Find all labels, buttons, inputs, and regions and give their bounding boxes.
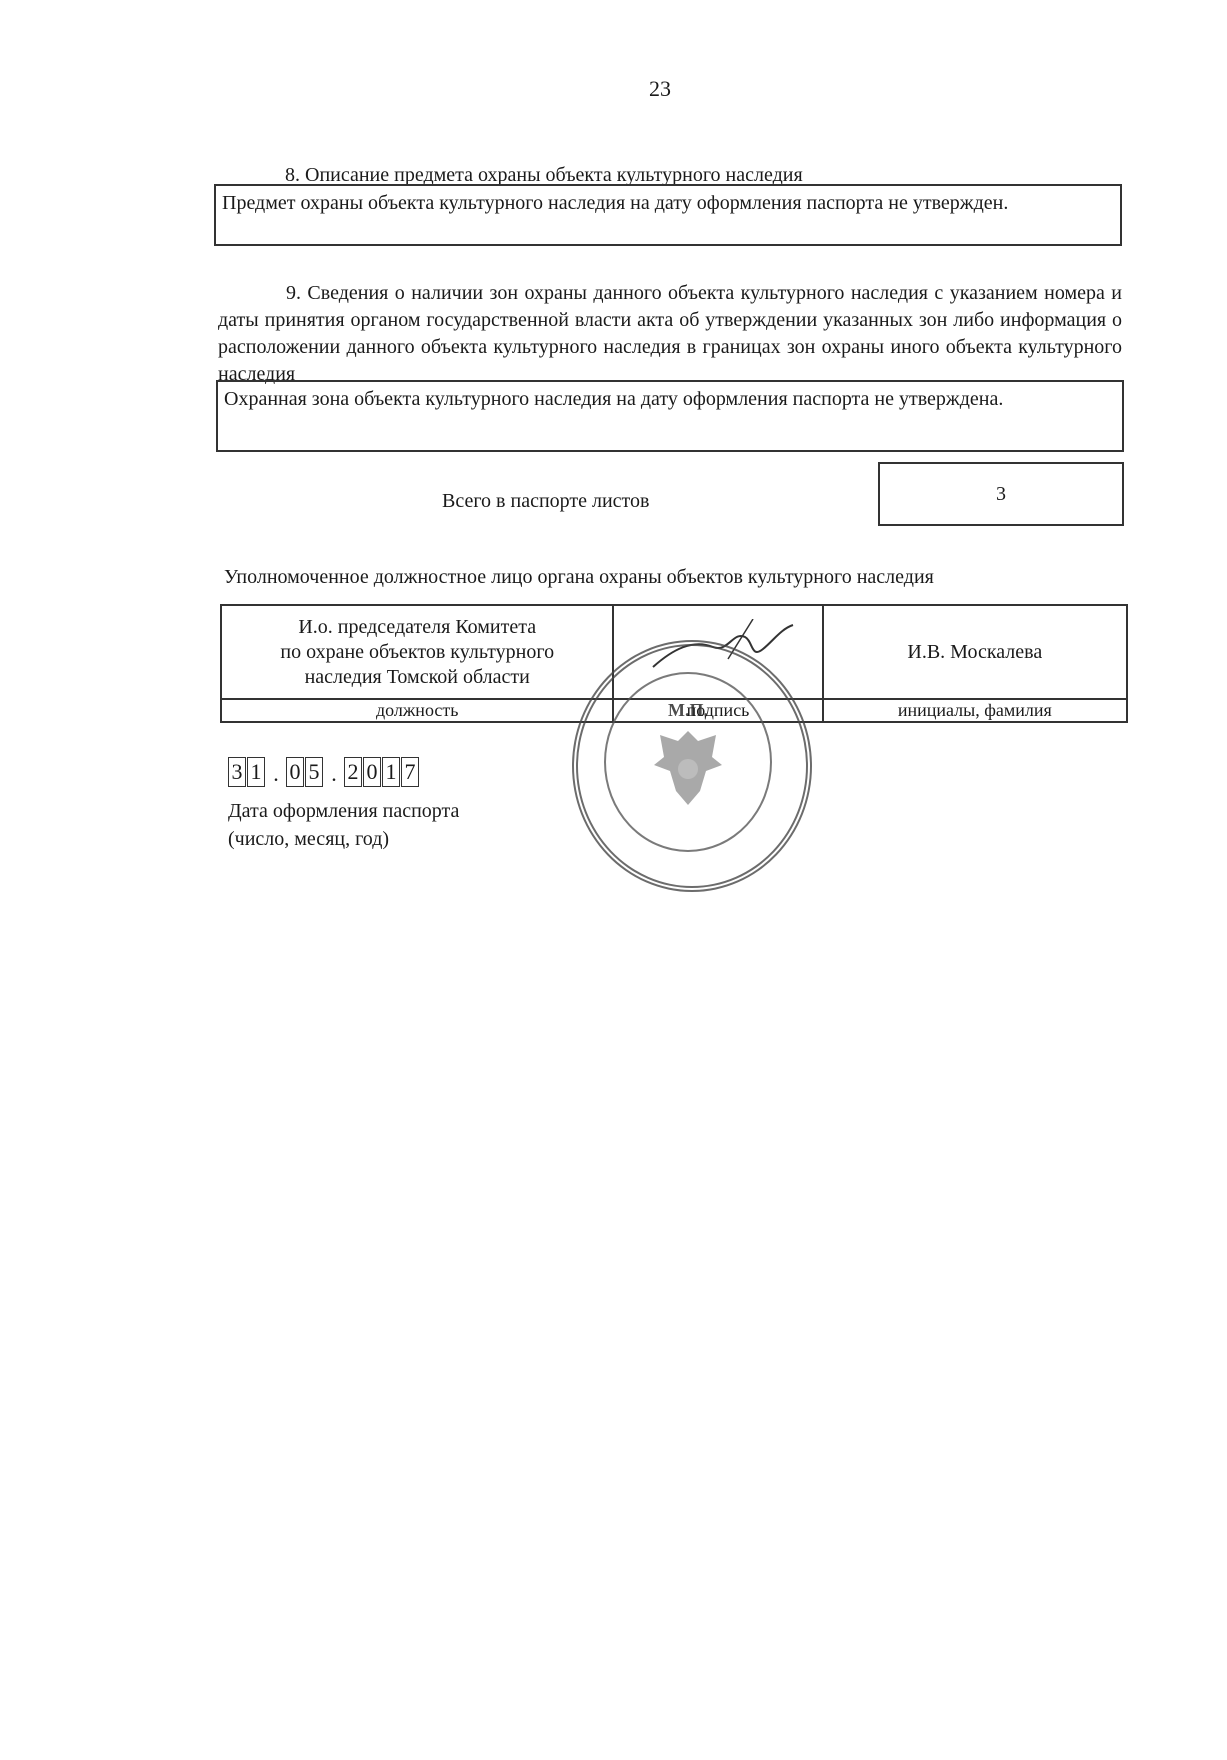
position-line: наследия Томской области [226, 665, 608, 690]
date-digit: 0 [363, 757, 381, 787]
date-digit: 1 [382, 757, 400, 787]
date-caption-line1: Дата оформления паспорта [228, 797, 459, 825]
date-digit: 2 [344, 757, 362, 787]
position-line: И.о. председателя Комитета [226, 615, 608, 640]
official-stamp: М.П. [572, 640, 812, 892]
sheets-count: 3 [996, 483, 1006, 506]
name-cell: И.В. Москалева [823, 605, 1127, 699]
name-caption: инициалы, фамилия [823, 699, 1127, 722]
page-number: 23 [0, 76, 1227, 102]
coat-of-arms-icon [648, 721, 728, 811]
stamp-label: М.П. [668, 700, 708, 721]
section-9-box: Охранная зона объекта культурного наслед… [216, 380, 1124, 452]
sheets-label: Всего в паспорте листов [442, 490, 649, 513]
authorized-person-heading: Уполномоченное должностное лицо органа о… [224, 566, 934, 589]
position-line: по охране объектов культурного [226, 640, 608, 665]
date-caption: Дата оформления паспорта (число, месяц, … [228, 797, 459, 853]
date-digit: 7 [401, 757, 419, 787]
date-digit: 1 [247, 757, 265, 787]
date-separator: . [324, 761, 344, 787]
date-year: 2 0 1 7 [344, 757, 420, 787]
position-cell: И.о. председателя Комитета по охране объ… [221, 605, 613, 699]
section-9-heading: 9. Сведения о наличии зон охраны данного… [218, 280, 1122, 388]
date-digit: 5 [305, 757, 323, 787]
date-digit: 3 [228, 757, 246, 787]
date-caption-line2: (число, месяц, год) [228, 825, 459, 853]
sheets-count-box: 3 [878, 462, 1124, 526]
date-day: 3 1 [228, 757, 266, 787]
date-month: 0 5 [286, 757, 324, 787]
position-caption: должность [221, 699, 613, 722]
date-boxes: 3 1 . 0 5 . 2 0 1 7 [228, 757, 420, 787]
date-separator: . [266, 761, 286, 787]
date-digit: 0 [286, 757, 304, 787]
section-8-box: Предмет охраны объекта культурного насле… [214, 184, 1122, 246]
